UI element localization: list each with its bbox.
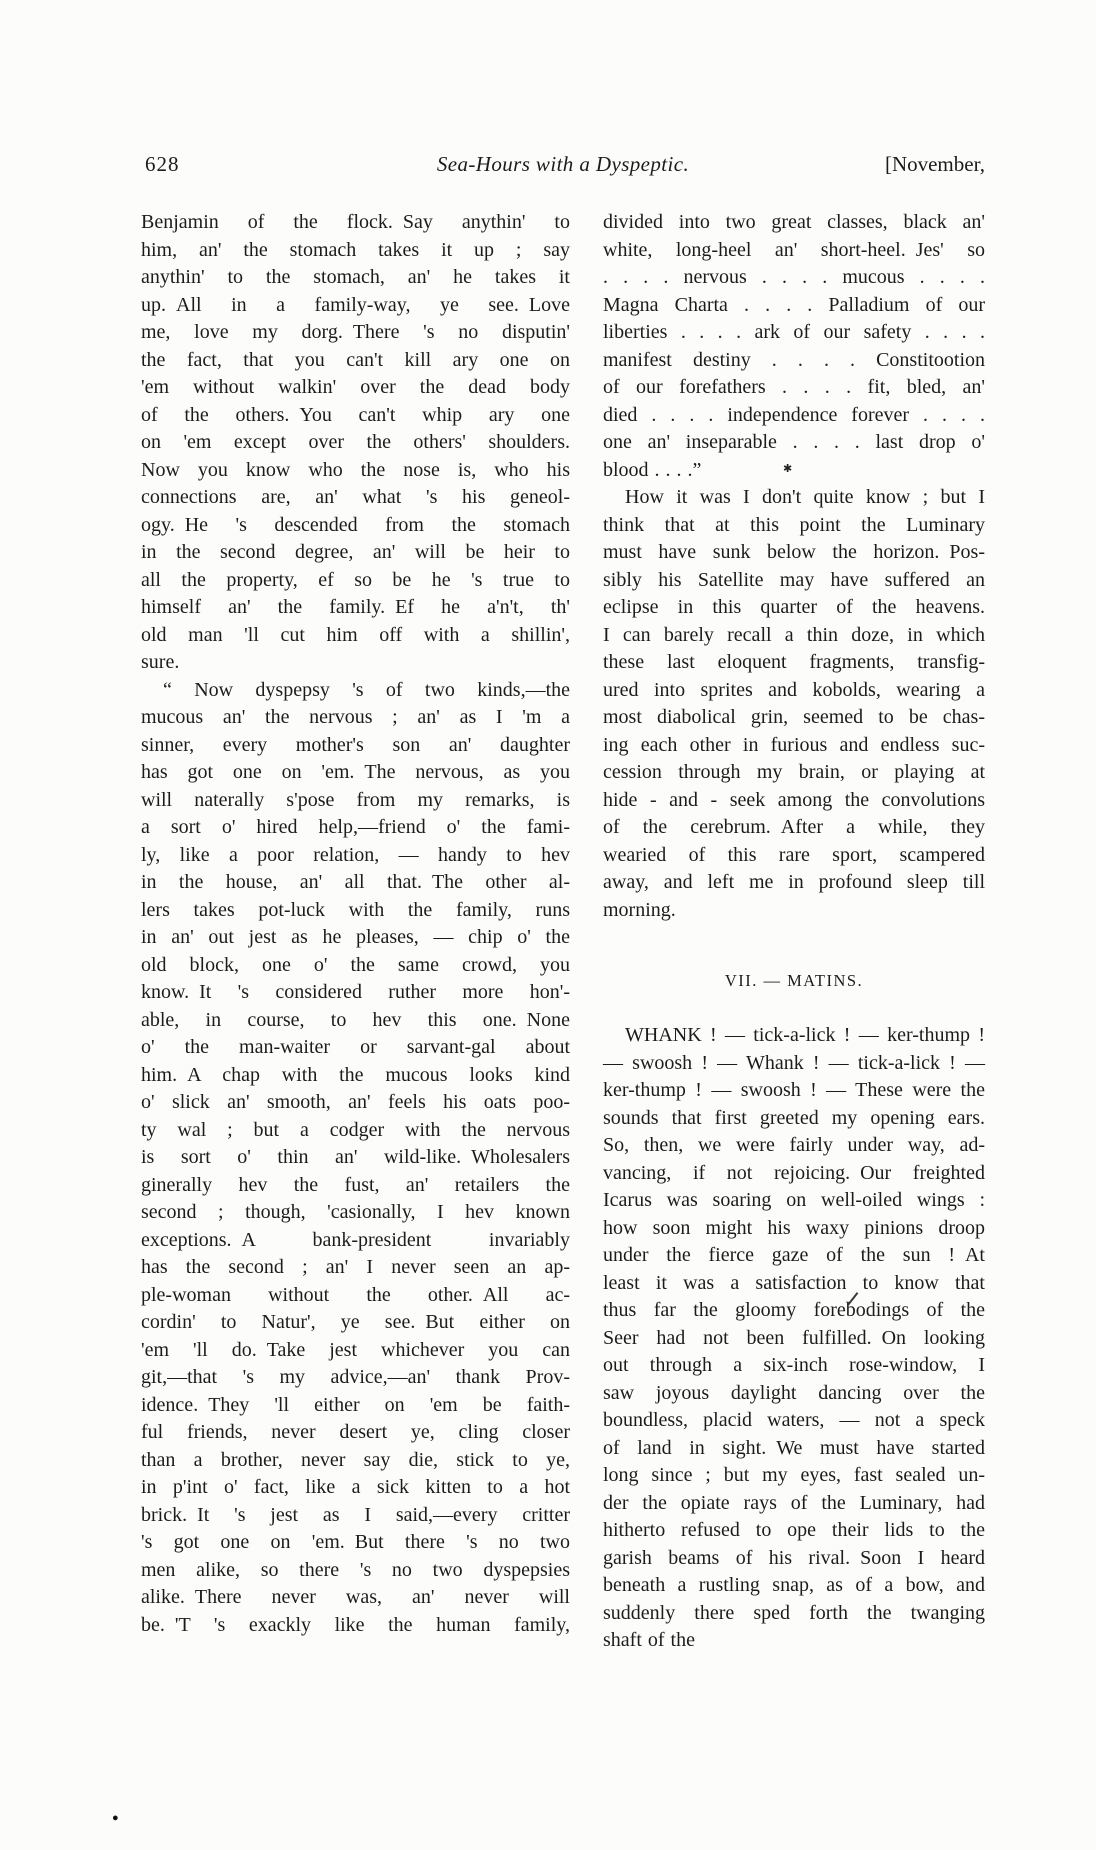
text-line: sure. (141, 649, 570, 677)
scanned-book-page: 628 Sea-Hours with a Dyspeptic. [Novembe… (0, 0, 1096, 1850)
text-line: died . . . . independence forever . . . … (603, 402, 985, 430)
text-line: ker-thump ! — swoosh ! — These were the (603, 1077, 985, 1105)
ink-blot-artifact: ✱ (783, 462, 792, 475)
text-line: Seer had not been fulfilled. On looking (603, 1325, 985, 1353)
text-line: Icarus was soaring on well-oiled wings : (603, 1187, 985, 1215)
text-line: alike. There never was, an' never will (141, 1584, 570, 1612)
text-line: away, and left me in profound sleep till (603, 869, 985, 897)
text-line: — swoosh ! — Whank ! — tick-a-lick ! — (603, 1050, 985, 1078)
page-header: 628 Sea-Hours with a Dyspeptic. [Novembe… (141, 152, 985, 184)
text-line: mucous an' the nervous ; an' as I 'm a (141, 704, 570, 732)
text-line: long since ; but my eyes, fast sealed un… (603, 1462, 985, 1490)
text-line: liberties . . . . ark of our safety . . … (603, 319, 985, 347)
text-line: o' slick an' smooth, an' feels his oats … (141, 1089, 570, 1117)
text-line: is sort o' thin an' wild-like. Wholesale… (141, 1144, 570, 1172)
text-line: saw joyous daylight dancing over the (603, 1380, 985, 1408)
text-line: of land in sight. We must have started (603, 1435, 985, 1463)
text-line: white, long-heel an' short-heel. Jes' so (603, 237, 985, 265)
text-line: ple-woman without the other. All ac- (141, 1282, 570, 1310)
text-line: . . . . nervous . . . . mucous . . . . (603, 264, 985, 292)
text-line: in the second degree, an' will be heir t… (141, 539, 570, 567)
text-line: blood . . . .” (603, 457, 985, 485)
text-line: manifest destiny . . . . Constitootion (603, 347, 985, 375)
text-line: cordin' to Natur', ye see. But either on (141, 1309, 570, 1337)
text-line: these last eloquent fragments, transfig- (603, 649, 985, 677)
text-line: out through a six-inch rose-window, I (603, 1352, 985, 1380)
text-line: one an' inseparable . . . . last drop o' (603, 429, 985, 457)
text-line: least it was a satisfaction to know that (603, 1270, 985, 1298)
text-line: So, then, we were fairly under way, ad- (603, 1132, 985, 1160)
text-line: ogy. He 's descended from the stomach (141, 512, 570, 540)
text-line: him, an' the stomach takes it up ; say (141, 237, 570, 265)
text-line: sibly his Satellite may have suffered an (603, 567, 985, 595)
text-line: 's got one on 'em. But there 's no two (141, 1529, 570, 1557)
running-title: Sea-Hours with a Dyspeptic. (141, 152, 985, 177)
text-line: second ; though, 'casionally, I hev know… (141, 1199, 570, 1227)
text-line: git,—that 's my advice,—an' thank Prov- (141, 1364, 570, 1392)
text-line: men alike, so there 's no two dyspepsies (141, 1557, 570, 1585)
text-line: I can barely recall a thin doze, in whic… (603, 622, 985, 650)
paragraph: Benjamin of the flock. Say anythin' tohi… (141, 209, 570, 677)
text-line: old block, one o' the same crowd, you (141, 952, 570, 980)
text-line: lers takes pot-luck with the family, run… (141, 897, 570, 925)
text-line: a sort o' hired help,—friend o' the fami… (141, 814, 570, 842)
text-line: me, love my dorg. There 's no disputin' (141, 319, 570, 347)
text-line: Benjamin of the flock. Say anythin' to (141, 209, 570, 237)
text-line: 'em without walkin' over the dead body (141, 374, 570, 402)
text-line: of the others. You can't whip ary one (141, 402, 570, 430)
text-line: himself an' the family. Ef he a'n't, th' (141, 594, 570, 622)
text-line: thus far the gloomy forebodings of the (603, 1297, 985, 1325)
text-line: under the fierce gaze of the sun ! At (603, 1242, 985, 1270)
text-line: WHANK ! — tick-a-lick ! — ker-thump ! (603, 1022, 985, 1050)
text-line: “ Now dyspepsy 's of two kinds,—the (141, 677, 570, 705)
text-line: garish beams of his rival. Soon I heard (603, 1545, 985, 1573)
text-line: anythin' to the stomach, an' he takes it (141, 264, 570, 292)
text-line: most diabolical grin, seemed to be chas- (603, 704, 985, 732)
text-line: ured into sprites and kobolds, wearing a (603, 677, 985, 705)
text-line: ful friends, never desert ye, cling clos… (141, 1419, 570, 1447)
text-line: sinner, every mother's son an' daughter (141, 732, 570, 760)
text-line: in an' out jest as he pleases, — chip o'… (141, 924, 570, 952)
text-line: der the opiate rays of the Luminary, had (603, 1490, 985, 1518)
text-line: how soon might his waxy pinions droop (603, 1215, 985, 1243)
text-line: of our forefathers . . . . fit, bled, an… (603, 374, 985, 402)
text-line: know. It 's considered ruther more hon'- (141, 979, 570, 1007)
text-line: in p'int o' fact, like a sick kitten to … (141, 1474, 570, 1502)
text-line: Magna Charta . . . . Palladium of our (603, 292, 985, 320)
text-line: him. A chap with the mucous looks kind (141, 1062, 570, 1090)
text-line: How it was I don't quite know ; but I (603, 484, 985, 512)
text-line: connections are, an' what 's his geneol- (141, 484, 570, 512)
text-line: cession through my brain, or playing at (603, 759, 985, 787)
paragraph: “ Now dyspepsy 's of two kinds,—themucou… (141, 677, 570, 1640)
section-heading: VII. — MATINS. (603, 970, 985, 992)
paragraph: divided into two great classes, black an… (603, 209, 985, 484)
text-line: the fact, that you can't kill ary one on (141, 347, 570, 375)
paragraph: WHANK ! — tick-a-lick ! — ker-thump !— s… (603, 1022, 985, 1655)
text-line: boundless, placid waters, — not a speck (603, 1407, 985, 1435)
text-line: of the cerebrum. After a while, they (603, 814, 985, 842)
ink-dot-artifact: ● (112, 1812, 119, 1824)
text-line: suddenly there sped forth the twanging (603, 1600, 985, 1628)
text-line: wearied of this rare sport, scampered (603, 842, 985, 870)
text-line: old man 'll cut him off with a shillin', (141, 622, 570, 650)
paragraph: How it was I don't quite know ; but Ithi… (603, 484, 985, 924)
text-line: shaft of the (603, 1627, 985, 1655)
text-line: will naterally s'pose from my remarks, i… (141, 787, 570, 815)
text-line: must have sunk below the horizon. Pos- (603, 539, 985, 567)
text-line: think that at this point the Luminary (603, 512, 985, 540)
text-line: all the property, ef so be he 's true to (141, 567, 570, 595)
text-line: o' the man-waiter or sarvant-gal about (141, 1034, 570, 1062)
text-line: vancing, if not rejoicing. Our freighted (603, 1160, 985, 1188)
text-line: hitherto refused to ope their lids to th… (603, 1517, 985, 1545)
text-line: has the second ; an' I never seen an ap- (141, 1254, 570, 1282)
text-line: than a brother, never say die, stick to … (141, 1447, 570, 1475)
text-line: up. All in a family-way, ye see. Love (141, 292, 570, 320)
text-line: ty wal ; but a codger with the nervous (141, 1117, 570, 1145)
text-line: morning. (603, 897, 985, 925)
text-line: has got one on 'em. The nervous, as you (141, 759, 570, 787)
text-line: ginerally hev the fust, an' retailers th… (141, 1172, 570, 1200)
text-line: idence. They 'll either on 'em be faith- (141, 1392, 570, 1420)
right-text-column: divided into two great classes, black an… (603, 209, 985, 1655)
text-line: be. 'T 's exackly like the human family, (141, 1612, 570, 1640)
text-line: 'em 'll do. Take jest whichever you can (141, 1337, 570, 1365)
text-line: hide - and - seek among the convolutions (603, 787, 985, 815)
text-line: brick. It 's jest as I said,—every critt… (141, 1502, 570, 1530)
text-line: divided into two great classes, black an… (603, 209, 985, 237)
text-line: ing each other in furious and endless su… (603, 732, 985, 760)
text-line: exceptions. A bank-president invariably (141, 1227, 570, 1255)
text-line: on 'em except over the others' shoulders… (141, 429, 570, 457)
text-line: beneath a rustling snap, as of a bow, an… (603, 1572, 985, 1600)
text-line: able, in course, to hev this one. None (141, 1007, 570, 1035)
text-line: eclipse in this quarter of the heavens. (603, 594, 985, 622)
left-text-column: Benjamin of the flock. Say anythin' tohi… (141, 209, 570, 1639)
issue-date: [November, (885, 152, 985, 177)
text-line: Now you know who the nose is, who his (141, 457, 570, 485)
text-line: sounds that first greeted my opening ear… (603, 1105, 985, 1133)
text-line: in the house, an' all that. The other al… (141, 869, 570, 897)
text-line: ly, like a poor relation, — handy to hev (141, 842, 570, 870)
